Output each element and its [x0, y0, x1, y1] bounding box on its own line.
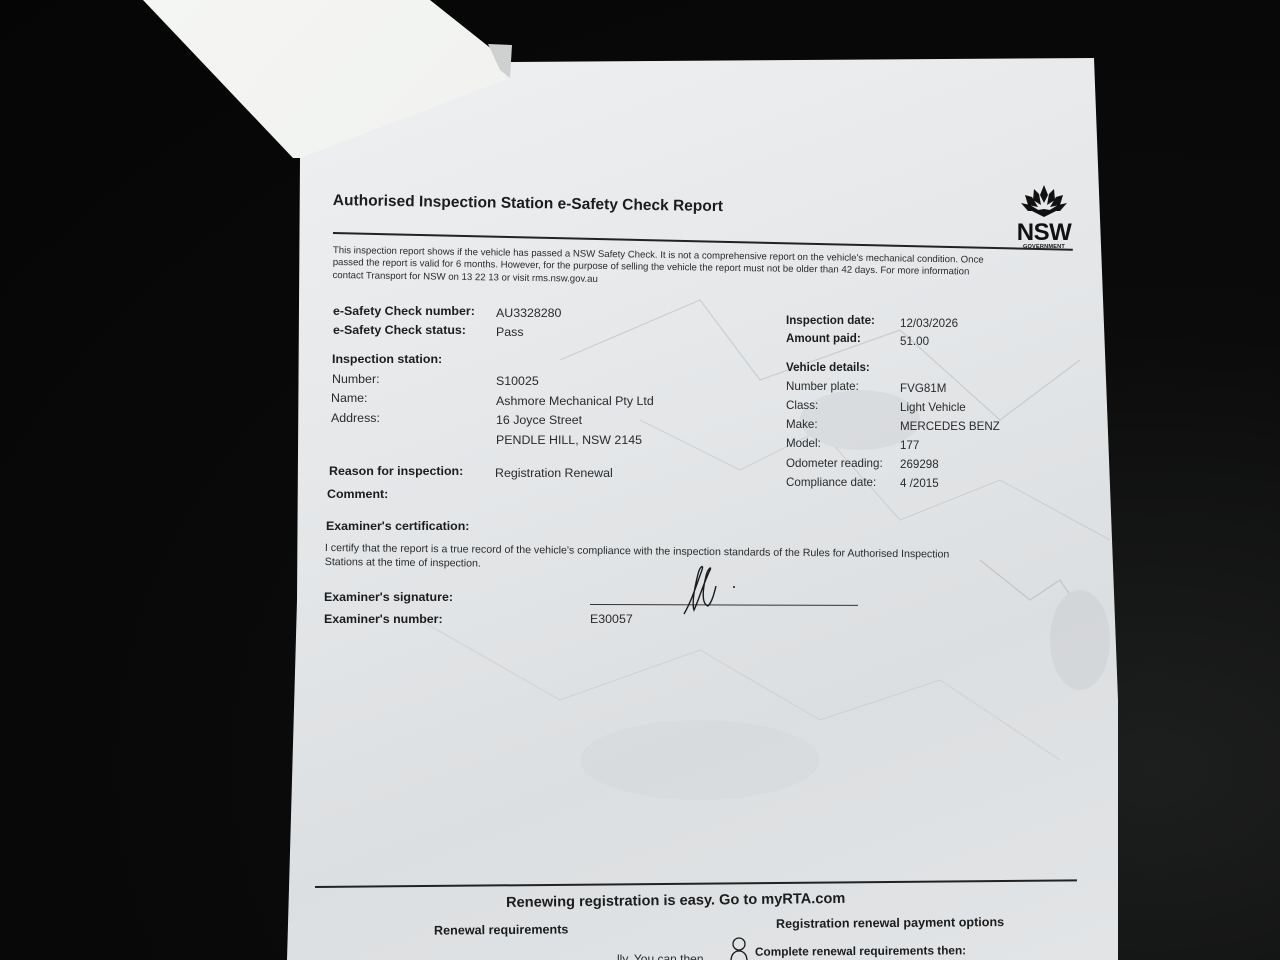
make-value: MERCEDES BENZ [900, 420, 1000, 433]
compliance-value: 4 /2015 [900, 477, 939, 490]
examiner-signature [678, 560, 748, 620]
signature-label: Examiner's signature: [324, 590, 453, 604]
amount-paid-value: 51.00 [900, 335, 929, 348]
logo-nsw-text: NSW [1014, 222, 1074, 244]
certification-text: I certify that the report is a true reco… [325, 542, 950, 576]
model-label: Model: [786, 437, 821, 450]
vehicle-heading: Vehicle details: [786, 361, 870, 374]
person-icon [730, 937, 748, 960]
station-number-label: Number: [332, 372, 380, 386]
waratah-flower-icon [1018, 183, 1070, 217]
report-content: Authorised Inspection Station e-Safety C… [0, 0, 1280, 960]
make-label: Make: [786, 418, 818, 431]
payment-options-heading: Registration renewal payment options [776, 915, 1004, 931]
examiner-number-label: Examiner's number: [324, 612, 443, 626]
comment-label: Comment: [327, 487, 388, 501]
examiner-number-value: E30057 [590, 612, 633, 626]
odometer-value: 269298 [900, 458, 939, 471]
plate-value: FVG81M [900, 382, 946, 395]
station-number-value: S10025 [496, 374, 539, 388]
station-address-label: Address: [331, 411, 380, 425]
disclaimer-text: This inspection report shows if the vehi… [332, 245, 983, 292]
nsw-government-logo: NSW GOVERNMENT [1014, 183, 1074, 250]
odometer-label: Odometer reading: [786, 457, 883, 470]
check-status-value: Pass [496, 325, 524, 339]
renewal-partial-text: ...lly. You can then [607, 952, 704, 960]
reason-value: Registration Renewal [495, 466, 613, 480]
reason-label: Reason for inspection: [329, 464, 463, 478]
station-address-line1: 16 Joyce Street [496, 413, 582, 427]
renewal-requirements-heading: Renewal requirements [434, 922, 569, 937]
check-number-label: e-Safety Check number: [333, 304, 475, 318]
model-value: 177 [900, 439, 919, 452]
footer-headline: Renewing registration is easy. Go to myR… [506, 891, 845, 911]
plate-label: Number plate: [786, 380, 859, 393]
station-heading: Inspection station: [332, 352, 442, 366]
check-status-label: e-Safety Check status: [333, 323, 466, 337]
station-name-value: Ashmore Mechanical Pty Ltd [496, 394, 654, 408]
station-address-line2: PENDLE HILL, NSW 2145 [496, 433, 642, 447]
class-label: Class: [786, 399, 818, 412]
report-title: Authorised Inspection Station e-Safety C… [333, 192, 723, 216]
payment-option-item: Complete renewal requirements then: [755, 943, 966, 958]
amount-paid-label: Amount paid: [786, 332, 861, 345]
check-number-value: AU3328280 [496, 306, 561, 320]
class-value: Light Vehicle [900, 401, 966, 414]
inspection-date-value: 12/03/2026 [900, 317, 958, 330]
certification-heading: Examiner's certification: [326, 519, 469, 533]
station-name-label: Name: [331, 391, 368, 405]
inspection-date-label: Inspection date: [786, 314, 875, 327]
compliance-label: Compliance date: [786, 476, 876, 489]
footer-divider [315, 879, 1077, 888]
